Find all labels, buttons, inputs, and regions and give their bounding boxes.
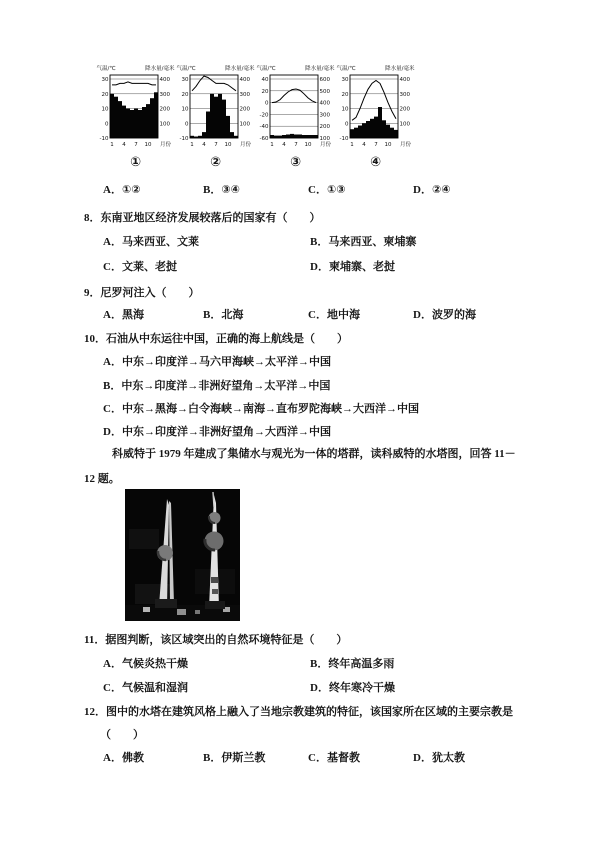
question-8-options-row-2: C．文莱、老挝 D．柬埔寨、老挝 bbox=[0, 258, 595, 275]
svg-text:7: 7 bbox=[294, 142, 298, 148]
svg-text:300: 300 bbox=[320, 112, 331, 118]
question-12-stem-row-2: （ ） bbox=[0, 726, 595, 743]
option-8-A: A．马来西亚、文莱 bbox=[103, 233, 199, 249]
exam-page: 3020100-10400300200100气温/℃降水量/毫米14710月份 … bbox=[0, 0, 595, 842]
svg-text:200: 200 bbox=[160, 107, 171, 113]
passage-row-1: 科威特于 1979 年建成了集储水与观光为一体的塔群，读科威特的水塔图，回答 1… bbox=[0, 445, 595, 462]
svg-text:0: 0 bbox=[265, 101, 269, 107]
option-9-C: C．地中海 bbox=[308, 306, 360, 322]
prev-option-B: B．③④ bbox=[203, 181, 240, 197]
svg-text:400: 400 bbox=[320, 101, 331, 107]
svg-text:10: 10 bbox=[385, 142, 392, 148]
svg-text:气温/℃: 气温/℃ bbox=[177, 64, 196, 72]
question-11-stem: 11．据图判断，该区域突出的自然环境特征是（ ） bbox=[84, 631, 347, 647]
svg-text:200: 200 bbox=[240, 107, 251, 113]
svg-text:0: 0 bbox=[345, 121, 349, 127]
svg-text:600: 600 bbox=[320, 77, 331, 83]
option-12-C: C．基督教 bbox=[308, 749, 360, 765]
svg-text:10: 10 bbox=[102, 107, 109, 113]
svg-text:20: 20 bbox=[102, 92, 109, 98]
svg-text:-10: -10 bbox=[100, 136, 109, 142]
svg-text:200: 200 bbox=[400, 107, 411, 113]
option-8-D: D．柬埔寨、老挝 bbox=[310, 258, 395, 274]
svg-text:气温/℃: 气温/℃ bbox=[257, 64, 276, 72]
svg-text:20: 20 bbox=[182, 92, 189, 98]
svg-text:4: 4 bbox=[202, 142, 206, 148]
svg-text:0: 0 bbox=[185, 121, 189, 127]
chart-number-label-1: ① bbox=[96, 155, 175, 169]
question-8-options-row-1: A．马来西亚、文莱 B．马来西亚、柬埔寨 bbox=[0, 233, 595, 250]
svg-text:300: 300 bbox=[400, 92, 411, 98]
option-11-B: B．终年高温多雨 bbox=[310, 655, 394, 671]
svg-text:10: 10 bbox=[305, 142, 312, 148]
climate-chart-3-graph: 40200-20-40-60600500400300200100气温/℃降水量/… bbox=[256, 62, 335, 154]
svg-text:20: 20 bbox=[342, 92, 349, 98]
svg-text:400: 400 bbox=[240, 77, 251, 83]
option-12-D: D．犹太教 bbox=[413, 749, 465, 765]
question-10-option-A-row: A．中东→印度洋→马六甲海峡→太平洋→中国 bbox=[0, 353, 595, 370]
svg-text:气温/℃: 气温/℃ bbox=[97, 64, 116, 72]
svg-text:10: 10 bbox=[342, 107, 349, 113]
svg-text:1: 1 bbox=[270, 142, 274, 148]
prev-option-D: D．②④ bbox=[413, 181, 451, 197]
svg-text:降水量/毫米: 降水量/毫米 bbox=[225, 64, 255, 72]
prev-option-A: A．①② bbox=[103, 181, 141, 197]
climate-chart-4-graph: 3020100-10400300200100气温/℃降水量/毫米14710月份 bbox=[336, 62, 415, 154]
svg-text:7: 7 bbox=[214, 142, 218, 148]
option-8-C: C．文莱、老挝 bbox=[103, 258, 177, 274]
question-11-options-row-2: C．气候温和湿润 D．终年寒冷干燥 bbox=[0, 679, 595, 696]
question-12-stem-line-2: （ ） bbox=[100, 726, 144, 742]
svg-text:4: 4 bbox=[122, 142, 126, 148]
svg-text:降水量/毫米: 降水量/毫米 bbox=[145, 64, 175, 72]
option-12-A: A．佛教 bbox=[103, 749, 144, 765]
question-12-options-row: A．佛教 B．伊斯兰教 C．基督教 D．犹太教 bbox=[0, 749, 595, 766]
kuwait-towers-photo-image bbox=[125, 489, 240, 621]
svg-text:4: 4 bbox=[282, 142, 286, 148]
svg-text:300: 300 bbox=[240, 92, 251, 98]
svg-text:-40: -40 bbox=[260, 124, 269, 130]
svg-text:月份: 月份 bbox=[240, 140, 252, 148]
prev-option-C: C．①③ bbox=[308, 181, 346, 197]
passage-line-1: 科威特于 1979 年建成了集储水与观光为一体的塔群，读科威特的水塔图，回答 1… bbox=[112, 445, 516, 461]
question-10-option-D-row: D．中东→印度洋→非洲好望角→大西洋→中国 bbox=[0, 423, 595, 440]
svg-text:100: 100 bbox=[400, 121, 411, 127]
svg-text:月份: 月份 bbox=[400, 140, 412, 148]
option-8-B: B．马来西亚、柬埔寨 bbox=[310, 233, 416, 249]
chart-number-label-2: ② bbox=[176, 155, 255, 169]
question-9-stem: 9．尼罗河注入（ ） bbox=[84, 284, 200, 300]
svg-text:20: 20 bbox=[262, 89, 269, 95]
option-11-D: D．终年寒冷干燥 bbox=[310, 679, 395, 695]
option-10-C: C．中东→黑海→白令海峡→南海→直布罗陀海峡→大西洋→中国 bbox=[103, 400, 419, 416]
svg-text:100: 100 bbox=[240, 121, 251, 127]
question-10-stem: 10．石油从中东运往中国，正确的海上航线是（ ） bbox=[84, 330, 348, 346]
svg-text:-10: -10 bbox=[180, 136, 189, 142]
svg-text:1: 1 bbox=[350, 142, 354, 148]
climate-chart-3: 40200-20-40-60600500400300200100气温/℃降水量/… bbox=[256, 62, 335, 169]
option-9-A: A．黑海 bbox=[103, 306, 144, 322]
option-10-B: B．中东→印度洋→非洲好望角→太平洋→中国 bbox=[103, 377, 330, 393]
kuwait-towers-photo bbox=[125, 489, 240, 621]
option-10-A: A．中东→印度洋→马六甲海峡→太平洋→中国 bbox=[103, 353, 331, 369]
options-row-previous-question: A．①② B．③④ C．①③ D．②④ bbox=[0, 181, 595, 198]
svg-text:1: 1 bbox=[110, 142, 114, 148]
svg-text:30: 30 bbox=[342, 77, 349, 83]
svg-text:1: 1 bbox=[190, 142, 194, 148]
svg-text:10: 10 bbox=[145, 142, 152, 148]
question-9-options-row: A．黑海 B．北海 C．地中海 D．波罗的海 bbox=[0, 306, 595, 323]
svg-text:7: 7 bbox=[134, 142, 138, 148]
option-10-D: D．中东→印度洋→非洲好望角→大西洋→中国 bbox=[103, 423, 331, 439]
svg-text:0: 0 bbox=[105, 121, 109, 127]
svg-text:40: 40 bbox=[262, 77, 269, 83]
climate-chart-1-graph: 3020100-10400300200100气温/℃降水量/毫米14710月份 bbox=[96, 62, 175, 154]
passage-line-2: 12 题。 bbox=[84, 470, 120, 486]
svg-text:月份: 月份 bbox=[320, 140, 332, 148]
svg-text:10: 10 bbox=[225, 142, 232, 148]
svg-text:降水量/毫米: 降水量/毫米 bbox=[305, 64, 335, 72]
svg-text:400: 400 bbox=[160, 77, 171, 83]
climate-chart-2: 3020100-10400300200100气温/℃降水量/毫米14710月份 … bbox=[176, 62, 255, 169]
option-9-D: D．波罗的海 bbox=[413, 306, 476, 322]
chart-number-label-3: ③ bbox=[256, 155, 335, 169]
svg-text:10: 10 bbox=[182, 107, 189, 113]
option-9-B: B．北海 bbox=[203, 306, 243, 322]
option-11-A: A．气候炎热干燥 bbox=[103, 655, 188, 671]
svg-text:月份: 月份 bbox=[160, 140, 172, 148]
svg-text:降水量/毫米: 降水量/毫米 bbox=[385, 64, 415, 72]
svg-text:气温/℃: 气温/℃ bbox=[337, 64, 356, 72]
climate-chart-1: 3020100-10400300200100气温/℃降水量/毫米14710月份 … bbox=[96, 62, 175, 169]
svg-text:300: 300 bbox=[160, 92, 171, 98]
passage-row-2: 12 题。 bbox=[0, 470, 595, 487]
question-8-stem: 8．东南亚地区经济发展较落后的国家有（ ） bbox=[84, 209, 321, 225]
svg-text:4: 4 bbox=[362, 142, 366, 148]
climate-charts-row: 3020100-10400300200100气温/℃降水量/毫米14710月份 … bbox=[96, 62, 415, 169]
svg-text:200: 200 bbox=[320, 124, 331, 130]
option-11-C: C．气候温和湿润 bbox=[103, 679, 188, 695]
svg-text:-20: -20 bbox=[260, 112, 269, 118]
chart-number-label-4: ④ bbox=[336, 155, 415, 169]
svg-text:30: 30 bbox=[182, 77, 189, 83]
svg-text:-60: -60 bbox=[260, 136, 269, 142]
question-11-options-row-1: A．气候炎热干燥 B．终年高温多雨 bbox=[0, 655, 595, 672]
climate-chart-4: 3020100-10400300200100气温/℃降水量/毫米14710月份 … bbox=[336, 62, 415, 169]
svg-text:-10: -10 bbox=[340, 136, 349, 142]
svg-text:100: 100 bbox=[160, 121, 171, 127]
svg-text:7: 7 bbox=[374, 142, 378, 148]
question-10-option-C-row: C．中东→黑海→白令海峡→南海→直布罗陀海峡→大西洋→中国 bbox=[0, 400, 595, 417]
svg-text:30: 30 bbox=[102, 77, 109, 83]
question-12-stem-line-1: 12．图中的水塔在建筑风格上融入了当地宗教建筑的特征，该国家所在区域的主要宗教是 bbox=[84, 703, 513, 719]
climate-chart-2-graph: 3020100-10400300200100气温/℃降水量/毫米14710月份 bbox=[176, 62, 255, 154]
option-12-B: B．伊斯兰教 bbox=[203, 749, 265, 765]
svg-text:500: 500 bbox=[320, 89, 331, 95]
question-10-option-B-row: B．中东→印度洋→非洲好望角→太平洋→中国 bbox=[0, 377, 595, 394]
svg-text:400: 400 bbox=[400, 77, 411, 83]
